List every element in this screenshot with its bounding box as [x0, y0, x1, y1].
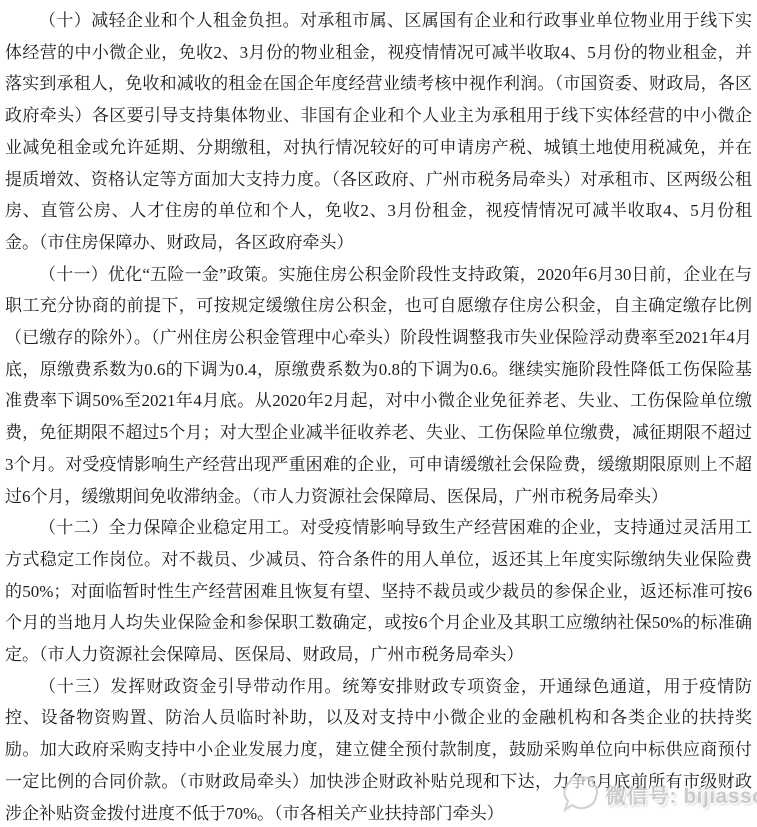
policy-paragraph-item-10: （十）减轻企业和个人租金负担。对承租市属、区属国有企业和行政事业单位物业用于线下…	[5, 5, 752, 259]
policy-document: （十）减轻企业和个人租金负担。对承租市属、区属国有企业和行政事业单位物业用于线下…	[0, 0, 757, 827]
policy-paragraph-item-13: （十三）发挥财政资金引导带动作用。统筹安排财政专项资金，开通绿色通道，用于疫情防…	[5, 671, 752, 827]
policy-paragraph-item-12: （十二）全力保障企业稳定用工。对受疫情影响导致生产经营困难的企业，支持通过灵活用…	[5, 512, 752, 671]
policy-paragraph-item-11: （十一）优化“五险一金”政策。实施住房公积金阶段性支持政策，2020年6月30日…	[5, 259, 752, 513]
